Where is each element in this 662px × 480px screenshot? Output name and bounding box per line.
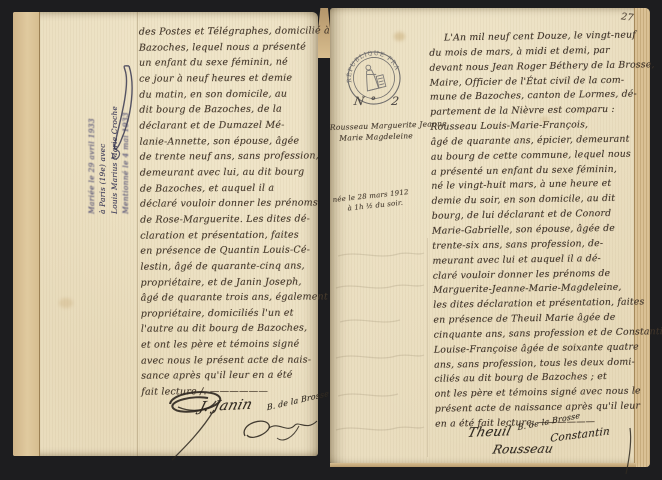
marianne-figure-icon <box>361 62 385 91</box>
handwritten-line: du matin, en son domicile, au <box>139 86 321 103</box>
left-page: Mariée le 29 avril 1933 à Paris (19e) av… <box>13 12 318 456</box>
handwritten-line: dit bourg de Bazoches, de la <box>139 102 321 119</box>
signature-tail-icon <box>623 426 633 476</box>
svg-text:RÉPUBLIQUE FRANÇAISE: RÉPUBLIQUE FRANÇAISE <box>340 44 401 85</box>
rousseau-signature: Rousseau <box>491 441 554 456</box>
handwritten-line: des Postes et Télégraphes, domicilié à <box>139 23 321 40</box>
mention-line: Mariée le 29 avril 1933 <box>86 52 97 214</box>
handwritten-line: déclaré vouloir donner les prénoms <box>140 196 322 213</box>
folio-number: 27 <box>620 11 634 23</box>
handwritten-line: sance après qu'il leur en a été <box>141 368 323 385</box>
handwritten-line: âgé de quarante trois ans, également <box>141 290 323 307</box>
handwritten-line: Bazoches, lequel nous a présenté <box>139 39 321 56</box>
handwritten-line: propriétaire, domiciliés l'un et <box>141 305 323 322</box>
handwritten-line: lestin, âgé de quarante-cinq ans, <box>140 258 322 275</box>
birth-date-margin-note: née le 28 mars 1912 à 1h ½ du soir. <box>332 188 410 215</box>
theuil-signature: Theuil <box>466 424 512 440</box>
handwritten-line: de Bazoches, et auquel il a <box>140 180 322 197</box>
right-page-act-text: L'An mil neuf cent Douze, le vingt-neufd… <box>429 28 651 432</box>
handwritten-line: et ont les père et témoins signé <box>141 336 323 353</box>
handwritten-line: l'autre au dit bourg de Bazoches, <box>141 321 323 338</box>
handwritten-line: un enfant du sexe féminin, né <box>139 55 321 72</box>
crease-line <box>427 238 428 457</box>
scanned-register-spread: Mariée le 29 avril 1933 à Paris (19e) av… <box>0 0 662 480</box>
handwritten-line: déclarant et de Dumazel Mé- <box>139 117 321 134</box>
foxing-spot <box>394 32 405 41</box>
page-edge-stack-left <box>13 12 40 456</box>
handwritten-line: de Rose-Marguerite. Les dites dé- <box>140 211 322 228</box>
page-bottom-edge <box>330 463 636 467</box>
handwritten-line: en présence de Quantin Louis-Cé- <box>140 243 322 260</box>
paraph-icon <box>105 62 139 160</box>
handwritten-line: demeurant avec lui, au dit bourg <box>140 164 322 181</box>
handwritten-line: propriétaire, et de Janin Joseph, <box>140 274 322 291</box>
act-number: N° 2 <box>353 94 406 108</box>
foxing-spot <box>59 298 73 308</box>
handwritten-line: avec nous le présent acte de nais- <box>141 352 323 369</box>
handwritten-line: claration et présentation, faites <box>140 227 322 244</box>
left-page-act-text: des Postes et Télégraphes, domicilié àBa… <box>139 23 324 400</box>
signature-flourish-icon <box>237 412 321 448</box>
handwritten-line: lanie-Annette, son épouse, âgée <box>139 133 321 150</box>
handwritten-line: de trente neuf ans, sans profession, <box>140 149 322 166</box>
bleed-through-marks <box>334 246 426 446</box>
right-page: 27 RÉPUBLIQUE FRANÇAISE N° 2 Rousseau Ma… <box>330 8 650 467</box>
handwritten-line: ce jour à neuf heures et demie <box>139 70 321 87</box>
